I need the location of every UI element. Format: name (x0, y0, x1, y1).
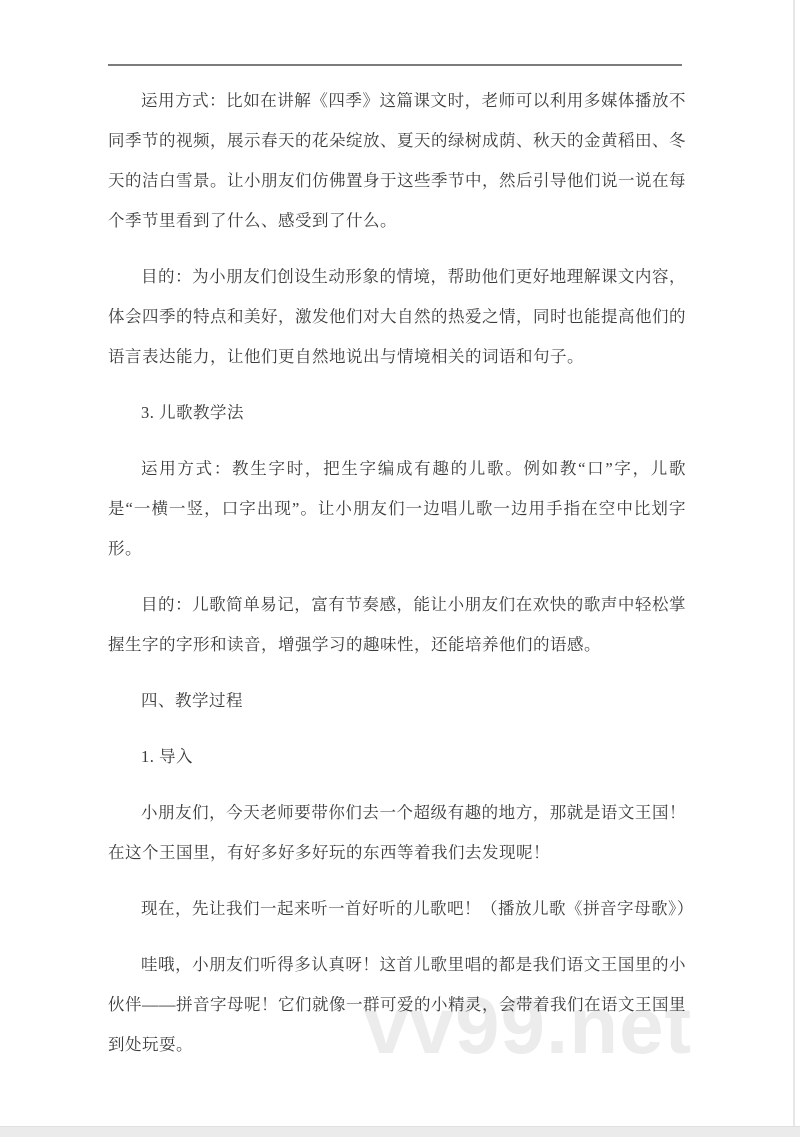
paragraph-play-song: 现在，先让我们一起来听一首好听的儿歌吧！（播放儿歌《拼音字母歌》） (108, 889, 686, 929)
paragraph-lead-in-intro: 小朋友们，今天老师要带你们去一个超级有趣的地方，那就是语文王国！在这个王国里，有… (108, 793, 686, 873)
paragraph-song-followup: 哇哦，小朋友们听得多认真呀！这首儿歌里唱的都是我们语文王国里的小伙伴——拼音字母… (108, 945, 686, 1065)
heading-rhyme-teaching-method: 3. 儿歌教学法 (108, 393, 686, 433)
page-bottom-bar (0, 1126, 800, 1137)
document-page: vv99.net 运用方式：比如在讲解《四季》这篇课文时，老师可以利用多媒体播放… (0, 0, 800, 1137)
paragraph-rhyme-purpose: 目的：儿歌简单易记，富有节奏感，能让小朋友们在欢快的歌声中轻松掌握生字的字形和读… (108, 585, 686, 665)
heading-lead-in: 1. 导入 (108, 737, 686, 777)
paragraph-multimedia-purpose: 目的：为小朋友们创设生动形象的情境，帮助他们更好地理解课文内容，体会四季的特点和… (108, 257, 686, 377)
heading-teaching-process: 四、教学过程 (108, 681, 686, 721)
document-content: 运用方式：比如在讲解《四季》这篇课文时，老师可以利用多媒体播放不同季节的视频，展… (108, 81, 686, 1081)
page-top-divider (108, 64, 682, 66)
paragraph-multimedia-usage: 运用方式：比如在讲解《四季》这篇课文时，老师可以利用多媒体播放不同季节的视频，展… (108, 81, 686, 241)
paragraph-rhyme-usage: 运用方式：教生字时，把生字编成有趣的儿歌。例如教“口”字，儿歌是“一横一竖，口字… (108, 449, 686, 569)
page-right-edge-line (793, 0, 795, 1126)
